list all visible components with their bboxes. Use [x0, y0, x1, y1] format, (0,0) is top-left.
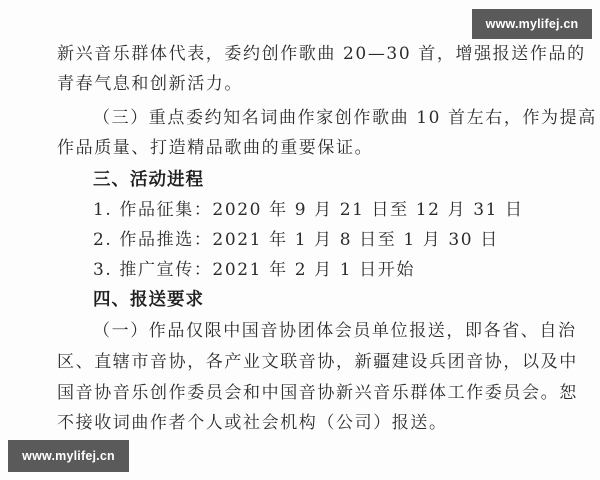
schedule-item: 2. 作品推选：2021 年 1 月 8 日至 1 月 30 日: [93, 229, 499, 251]
paragraph-line: 不接收词曲作者个人或社会机构（公司）报送。: [57, 412, 448, 434]
schedule-item: 3. 推广宣传：2021 年 2 月 1 日开始: [93, 259, 415, 281]
document-page: 新兴音乐群体代表，委约创作歌曲 20—30 首，增强报送作品的 青春气息和创新活…: [0, 0, 600, 480]
section-heading-requirements: 四、报送要求: [93, 289, 204, 311]
watermark-top-right: www.mylifej.cn: [472, 9, 592, 39]
paragraph-line: 国音协音乐创作委员会和中国音协新兴音乐群体工作委员会。恕: [57, 382, 578, 404]
paragraph-line: 青春气息和创新活力。: [57, 73, 243, 95]
schedule-item: 1. 作品征集：2020 年 9 月 21 日至 12 月 31 日: [93, 199, 524, 221]
section-heading-progress: 三、活动进程: [93, 169, 204, 191]
paragraph-line: （一）作品仅限中国音协团体会员单位报送，即各省、自治: [93, 320, 577, 342]
watermark-bottom-left: www.mylifej.cn: [8, 440, 129, 472]
paragraph-line: 新兴音乐群体代表，委约创作歌曲 20—30 首，增强报送作品的: [57, 43, 586, 65]
paragraph-line: 作品质量、打造精品歌曲的重要保证。: [57, 137, 373, 159]
paragraph-line: 区、直辖市音协，各产业文联音协，新疆建设兵团音协，以及中: [57, 351, 578, 373]
paragraph-line: （三）重点委约知名词曲作家创作歌曲 10 首左右，作为提高: [93, 107, 597, 129]
